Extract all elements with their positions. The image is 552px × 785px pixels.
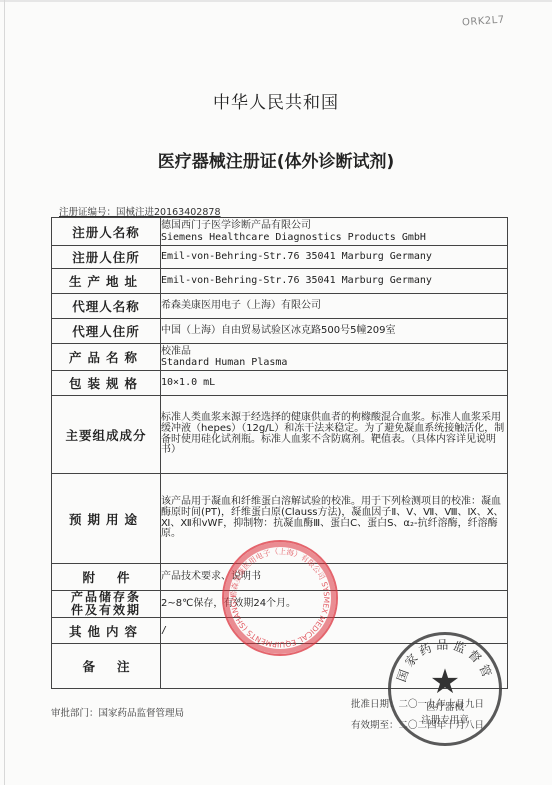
page-edge bbox=[4, 0, 5, 785]
row-label: 代理人住所 bbox=[52, 319, 161, 344]
table-row: 产品名称 校准品 Standard Human Plasma bbox=[52, 344, 508, 371]
table-row: 其他内容 / bbox=[52, 618, 508, 644]
row-value: 德国西门子医学诊断产品有限公司 Siemens Healthcare Diagn… bbox=[161, 218, 508, 246]
table-row: 生产地址 Emil-von-Behring-Str.76 35041 Marbu… bbox=[52, 269, 508, 294]
table-row: 包装规格 10×1.0 mL bbox=[52, 371, 508, 396]
row-value: 该产品用于凝血和纤维蛋白溶解试验的校准。用于下列检测项目的校准：凝血酶原时间(P… bbox=[161, 474, 508, 564]
valid-until: 有效期至：二〇二四年十月八日 bbox=[351, 715, 484, 736]
row-label: 包装规格 bbox=[52, 371, 161, 396]
product-name-cn: 校准品 bbox=[161, 346, 507, 358]
row-value bbox=[161, 644, 508, 689]
row-label: 其他内容 bbox=[52, 618, 161, 644]
row-value: 希森美康医用电子（上海）有限公司 bbox=[161, 294, 508, 319]
registration-number: 注册证编号：国械注进20163402878 bbox=[59, 204, 221, 218]
row-label: 注册人住所 bbox=[52, 246, 161, 269]
certificate-title: 医疗器械注册证(体外诊断试剂) bbox=[0, 147, 552, 172]
row-value: 校准品 Standard Human Plasma bbox=[161, 344, 508, 371]
row-label: 产品名称 bbox=[52, 344, 161, 371]
row-value: 中国（上海）自由贸易试验区冰克路500号5幢209室 bbox=[161, 319, 508, 344]
approval-department: 审批部门：国家药品监督管理局 bbox=[51, 705, 184, 719]
table-row: 产品储存条 件及有效期 2~8℃保存，有效期24个月。 bbox=[52, 591, 508, 618]
row-value: 标准人类血浆来源于经选择的健康供血者的枸橼酸混合血浆。标准人血浆采用缓冲液（he… bbox=[161, 396, 508, 474]
row-value: 产品技术要求、说明书 bbox=[161, 564, 508, 591]
row-label: 主要组成成分 bbox=[52, 396, 161, 474]
handwritten-note: ORK2L7 bbox=[462, 15, 505, 29]
table-row: 备注 bbox=[52, 644, 508, 689]
row-value: / bbox=[161, 618, 508, 644]
row-label-line: 件及有效期 bbox=[52, 604, 160, 617]
certificate-table: 注册人名称 德国西门子医学诊断产品有限公司 Siemens Healthcare… bbox=[51, 217, 508, 689]
table-row: 注册人名称 德国西门子医学诊断产品有限公司 Siemens Healthcare… bbox=[52, 218, 508, 246]
table-row: 代理人名称 希森美康医用电子（上海）有限公司 bbox=[52, 294, 508, 319]
country-title: 中华人民共和国 bbox=[0, 88, 552, 113]
registrant-name-cn: 德国西门子医学诊断产品有限公司 bbox=[161, 220, 507, 232]
row-label: 生产地址 bbox=[52, 269, 161, 294]
row-label: 预期用途 bbox=[52, 474, 161, 564]
row-label: 注册人名称 bbox=[52, 218, 161, 246]
row-label: 代理人名称 bbox=[52, 294, 161, 319]
table-row: 代理人住所 中国（上海）自由贸易试验区冰克路500号5幢209室 bbox=[52, 319, 508, 344]
table-row: 预期用途 该产品用于凝血和纤维蛋白溶解试验的校准。用于下列检测项目的校准：凝血酶… bbox=[52, 474, 508, 564]
approval-date: 批准日期：二〇一九年十月九日 bbox=[351, 694, 484, 715]
row-label: 备注 bbox=[52, 644, 161, 689]
row-label: 产品储存条 件及有效期 bbox=[52, 591, 161, 618]
table-row: 主要组成成分 标准人类血浆来源于经选择的健康供血者的枸橼酸混合血浆。标准人血浆采… bbox=[52, 396, 508, 474]
row-value: 10×1.0 mL bbox=[161, 371, 508, 396]
table-row: 注册人住所 Emil-von-Behring-Str.76 35041 Marb… bbox=[52, 246, 508, 269]
page-edge bbox=[0, 0, 552, 2]
product-name-en: Standard Human Plasma bbox=[161, 357, 507, 369]
registrant-name-en: Siemens Healthcare Diagnostics Products … bbox=[161, 232, 507, 244]
footer-dates: 批准日期：二〇一九年十月九日 有效期至：二〇二四年十月八日 bbox=[351, 694, 484, 736]
row-label: 附件 bbox=[52, 564, 161, 591]
row-value: Emil-von-Behring-Str.76 35041 Marburg Ge… bbox=[161, 246, 508, 269]
row-value: 2~8℃保存，有效期24个月。 bbox=[161, 591, 508, 618]
row-value: Emil-von-Behring-Str.76 35041 Marburg Ge… bbox=[161, 269, 508, 294]
table-row: 附件 产品技术要求、说明书 bbox=[52, 564, 508, 591]
